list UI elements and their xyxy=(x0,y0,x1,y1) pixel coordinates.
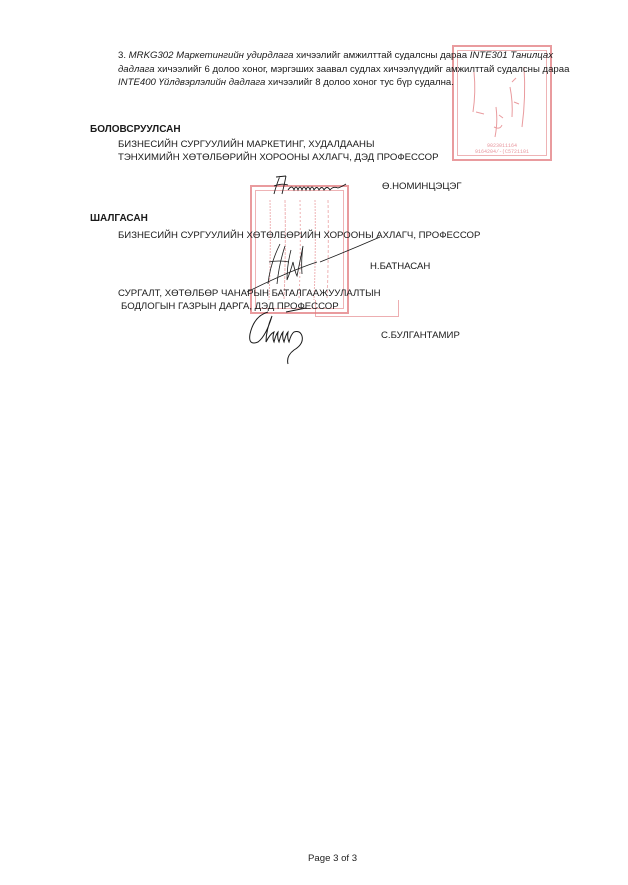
signature-bulgantamir-icon xyxy=(248,306,323,364)
prepared-title-line-2: ТЭНХИМИЙН ХӨТӨЛБӨРИЙН ХОРООНЫ АХЛАГЧ, ДЭ… xyxy=(118,152,439,163)
signature-nomintsetseg-icon xyxy=(268,174,383,199)
prepared-title-line-1: БИЗНЕСИЙН СУРГУУЛИЙН МАРКЕТИНГ, ХУДАЛДАА… xyxy=(118,139,374,150)
course-name: Маркетингийн удирдлага xyxy=(176,50,293,61)
course-name: Үйлдвэрлэлийн дадлага xyxy=(159,77,266,88)
approved-title-line-1: СУРГАЛТ, ХӨТӨЛБӨР ЧАНАРЫН БАТАЛГААЖУУЛАЛ… xyxy=(118,288,381,299)
checked-heading: ШАЛГАСАН xyxy=(90,213,148,224)
page-number: Page 3 of 3 xyxy=(308,853,357,864)
approved-signer-name: С.БУЛГАНТАМИР xyxy=(381,330,460,341)
stamp-number-2: 9164204/-(С5721101 xyxy=(458,149,546,155)
course-requirement-paragraph: 3. MRKG302 Маркетингийн удирдлага хичээл… xyxy=(118,49,588,90)
course-code: INTE301 xyxy=(470,50,508,61)
course-code: INTE400 xyxy=(118,77,156,88)
course-code: MRKG302 xyxy=(129,50,174,61)
prepared-heading: БОЛОВСРУУЛСАН xyxy=(90,124,181,135)
prepared-signer-name: Ө.НОМИНЦЭЦЭГ xyxy=(382,181,462,192)
checked-signer-name: Н.БАТНАСАН xyxy=(370,261,430,272)
